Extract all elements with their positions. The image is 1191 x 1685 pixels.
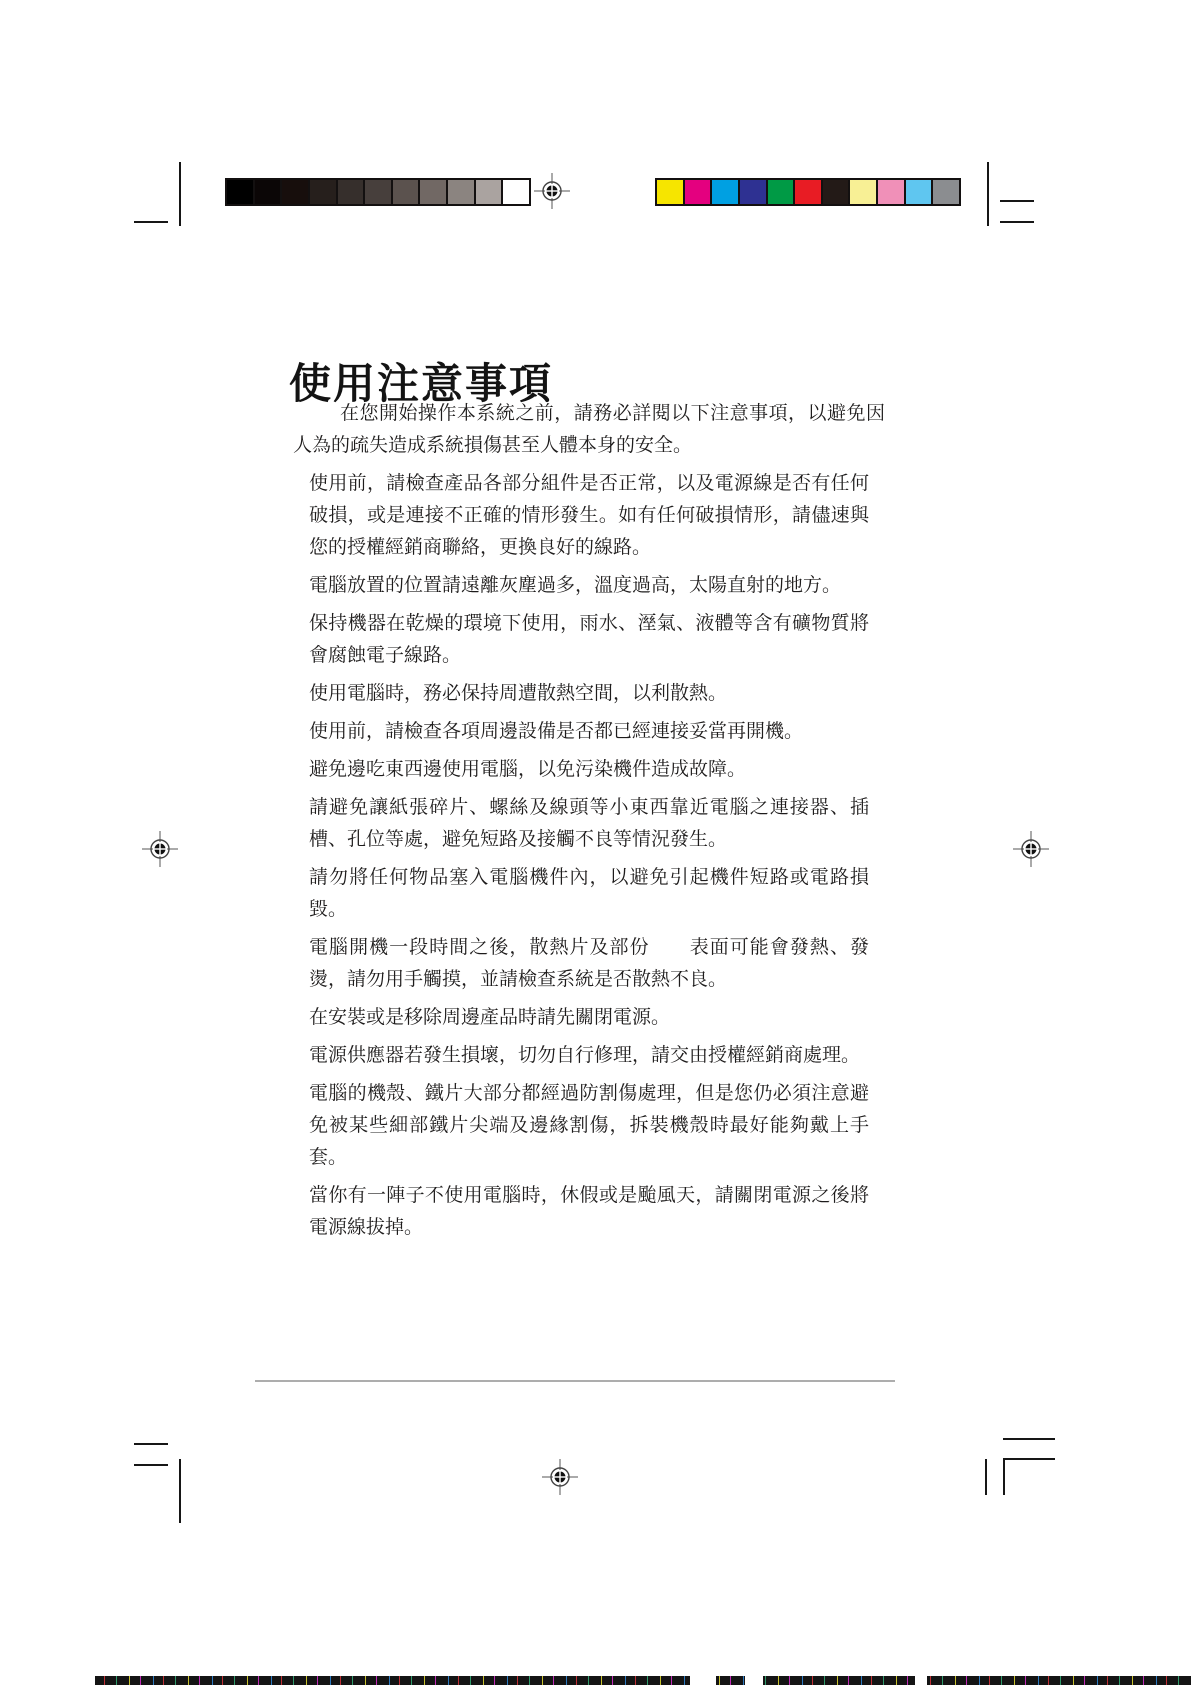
crop-mark <box>1000 221 1034 223</box>
paragraph: 保持機器在乾燥的環境下使用，雨水、溼氣、液體等含有礦物質將會腐蝕電子線路。 <box>309 608 869 672</box>
crop-mark <box>179 1459 181 1523</box>
paragraph: 在安裝或是移除周邊產品時請先關閉電源。 <box>309 1002 869 1034</box>
crop-mark <box>1003 1458 1005 1495</box>
color-swatch <box>310 180 336 204</box>
crop-mark <box>134 1464 168 1466</box>
color-swatch <box>476 180 502 204</box>
calibration-grayscale-bar <box>225 178 531 206</box>
registration-mark-icon <box>542 1459 578 1495</box>
color-swatch <box>768 180 794 204</box>
color-swatch <box>823 180 849 204</box>
paragraph: 使用電腦時，務必保持周遭散熱空間，以利散熱。 <box>309 678 869 710</box>
crop-mark <box>1003 1438 1055 1440</box>
color-swatch <box>393 180 419 204</box>
color-swatch <box>503 180 529 204</box>
crop-mark <box>134 221 168 223</box>
crop-mark <box>987 162 989 226</box>
paragraph: 請避免讓紙張碎片、螺絲及線頭等小東西靠近電腦之連接器、插槽、孔位等處，避免短路及… <box>309 792 869 856</box>
crop-mark <box>1003 1458 1055 1460</box>
scan-edge-bar <box>95 1676 1191 1685</box>
calibration-color-bar <box>655 178 961 206</box>
color-swatch <box>878 180 904 204</box>
color-swatch <box>365 180 391 204</box>
manual-page: 使用注意事項 在您開始操作本系統之前，請務必詳閱以下注意事項，以避免因人為的疏失… <box>0 0 1191 1685</box>
crop-mark <box>1000 200 1034 202</box>
paragraph: 使用前，請檢查產品各部分組件是否正常，以及電源線是否有任何破損，或是連接不正確的… <box>309 468 869 564</box>
crop-mark <box>134 1443 168 1445</box>
color-swatch <box>740 180 766 204</box>
registration-mark-icon <box>534 173 570 209</box>
color-swatch <box>448 180 474 204</box>
body-text: 在您開始操作本系統之前，請務必詳閱以下注意事項，以避免因人為的疏失造成系統損傷甚… <box>293 398 905 1250</box>
color-swatch <box>657 180 683 204</box>
paragraph: 電源供應器若發生損壞，切勿自行修理，請交由授權經銷商處理。 <box>309 1040 869 1072</box>
paragraph: 請勿將任何物品塞入電腦機件內，以避免引起機件短路或電路損毀。 <box>309 862 869 926</box>
color-swatch <box>712 180 738 204</box>
scan-edge-gap <box>745 1675 763 1685</box>
color-swatch <box>906 180 932 204</box>
paragraph: 當你有一陣子不使用電腦時，休假或是颱風天，請關閉電源之後將電源線拔掉。 <box>309 1180 869 1244</box>
crop-mark <box>985 1459 987 1495</box>
registration-mark-icon <box>1013 831 1049 867</box>
paragraph: 避免邊吃東西邊使用電腦，以免污染機件造成故障。 <box>309 754 869 786</box>
crop-mark <box>179 162 181 226</box>
paragraph: 電腦開機一段時間之後，散熱片及部份 表面可能會發熱、發燙，請勿用手觸摸，並請檢查… <box>309 932 869 996</box>
scan-edge-gap <box>915 1675 927 1685</box>
color-swatch <box>795 180 821 204</box>
color-swatch <box>282 180 308 204</box>
color-swatch <box>227 180 253 204</box>
paragraph: 電腦放置的位置請遠離灰塵過多，溫度過高，太陽直射的地方。 <box>309 570 869 602</box>
color-swatch <box>420 180 446 204</box>
footer-rule <box>255 1380 895 1382</box>
scan-edge-gap <box>690 1675 716 1685</box>
color-swatch <box>338 180 364 204</box>
paragraph: 電腦的機殼、鐵片大部分都經過防割傷處理，但是您仍必須注意避免被某些細部鐵片尖端及… <box>309 1078 869 1174</box>
color-swatch <box>685 180 711 204</box>
paragraph: 在您開始操作本系統之前，請務必詳閱以下注意事項，以避免因人為的疏失造成系統損傷甚… <box>293 398 885 462</box>
color-swatch <box>255 180 281 204</box>
registration-mark-icon <box>142 831 178 867</box>
paragraph: 使用前，請檢查各項周邊設備是否都已經連接妥當再開機。 <box>309 716 869 748</box>
color-swatch <box>933 180 959 204</box>
color-swatch <box>850 180 876 204</box>
